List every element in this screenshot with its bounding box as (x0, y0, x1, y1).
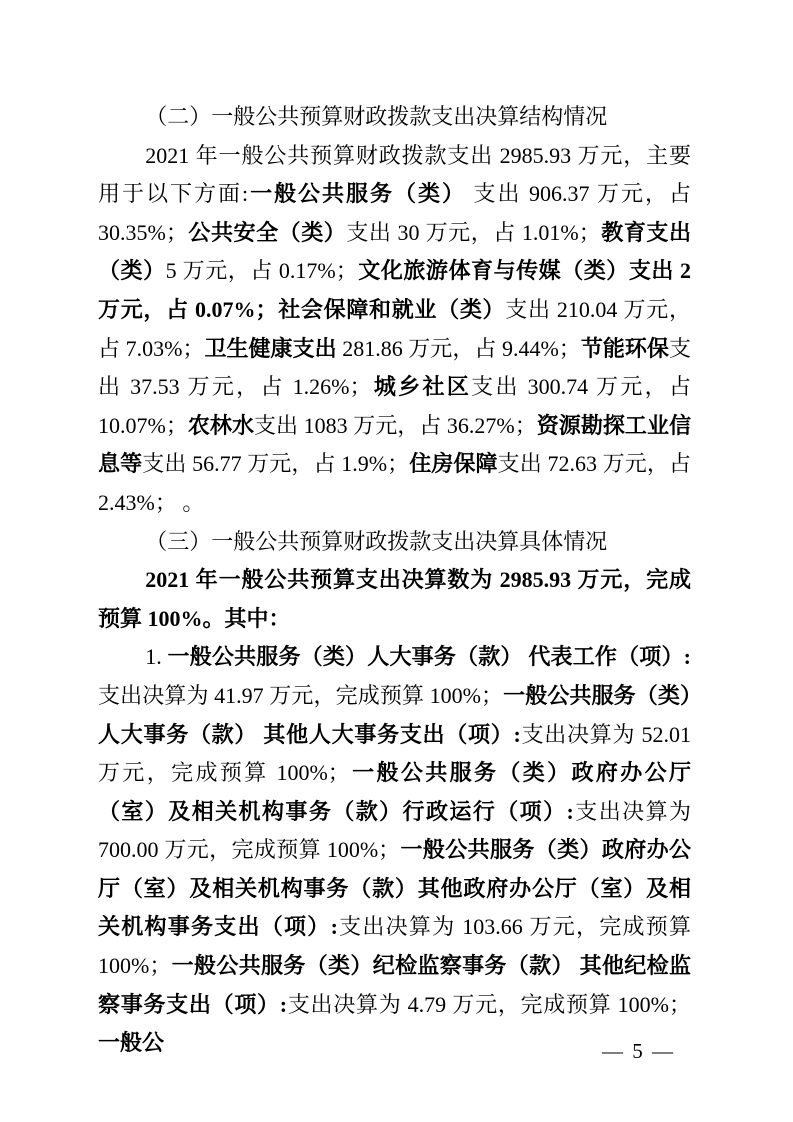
text-run-bold: 卫生健康支出 (204, 336, 336, 361)
document-content: （二）一般公共预算财政拨款支出决算结构情况 2021 年一般公共预算财政拨款支出… (98, 98, 691, 1063)
paragraph-total-expenditure: 2021 年一般公共预算支出决算数为 2985.93 万元，完成预算 100%。… (98, 561, 691, 638)
text-run-bold: 节能环保 (581, 336, 669, 361)
text-run-bold: 住房保障 (409, 451, 498, 476)
paragraph-item-1: 1. 一般公共服务（类）人大事务（款） 代表工作（项）:支出决算为 41.97 … (98, 638, 691, 1063)
section-heading-2: （二）一般公共预算财政拨款支出决算结构情况 (98, 98, 691, 137)
text-run-bold: 一般公共服务（类）人大事务（款） 代表工作（项）: (168, 644, 692, 669)
text-run: 支出 1083 万元，占 36.27%； (254, 413, 537, 438)
text-run-bold: 农林水 (188, 413, 254, 438)
text-run: 支出 30 万元，占 1.01%； (346, 220, 600, 245)
text-run: （二）一般公共预算财政拨款支出决算结构情况 (145, 104, 607, 129)
text-run: 1. (145, 644, 167, 669)
page-number: — 5 — (602, 1039, 675, 1064)
text-run: 支出决算为 4.79 万元，完成预算 100%； (287, 992, 691, 1017)
text-run-bold: 城乡社区 (371, 374, 471, 399)
text-run: 281.86 万元，占 9.44%； (337, 336, 581, 361)
text-run: 5 万元，占 0.17%； (166, 258, 358, 283)
text-run: 支出决算为 41.97 万元，完成预算 100%； (98, 683, 503, 708)
text-run-bold: 2021 年一般公共预算支出决算数为 2985.93 万元，完成预算 100%。… (98, 567, 691, 631)
text-run-bold: 公共安全（类） (188, 220, 347, 245)
text-run-bold: 一般公 (98, 1030, 164, 1055)
text-run: 支出 56.77 万元，占 1.9%； (142, 451, 409, 476)
text-run-bold: 一般公共服务（类） (248, 181, 466, 206)
paragraph-expenditure-structure: 2021 年一般公共预算财政拨款支出 2985.93 万元，主要用于以下方面:一… (98, 137, 691, 523)
text-run: （三）一般公共预算财政拨款支出决算具体情况 (145, 529, 607, 554)
text-run-bold: 社会保障和就业（类） (278, 297, 506, 322)
section-heading-3: （三）一般公共预算财政拨款支出决算具体情况 (98, 523, 691, 562)
document-page: （二）一般公共预算财政拨款支出决算结构情况 2021 年一般公共预算财政拨款支出… (0, 0, 793, 1122)
